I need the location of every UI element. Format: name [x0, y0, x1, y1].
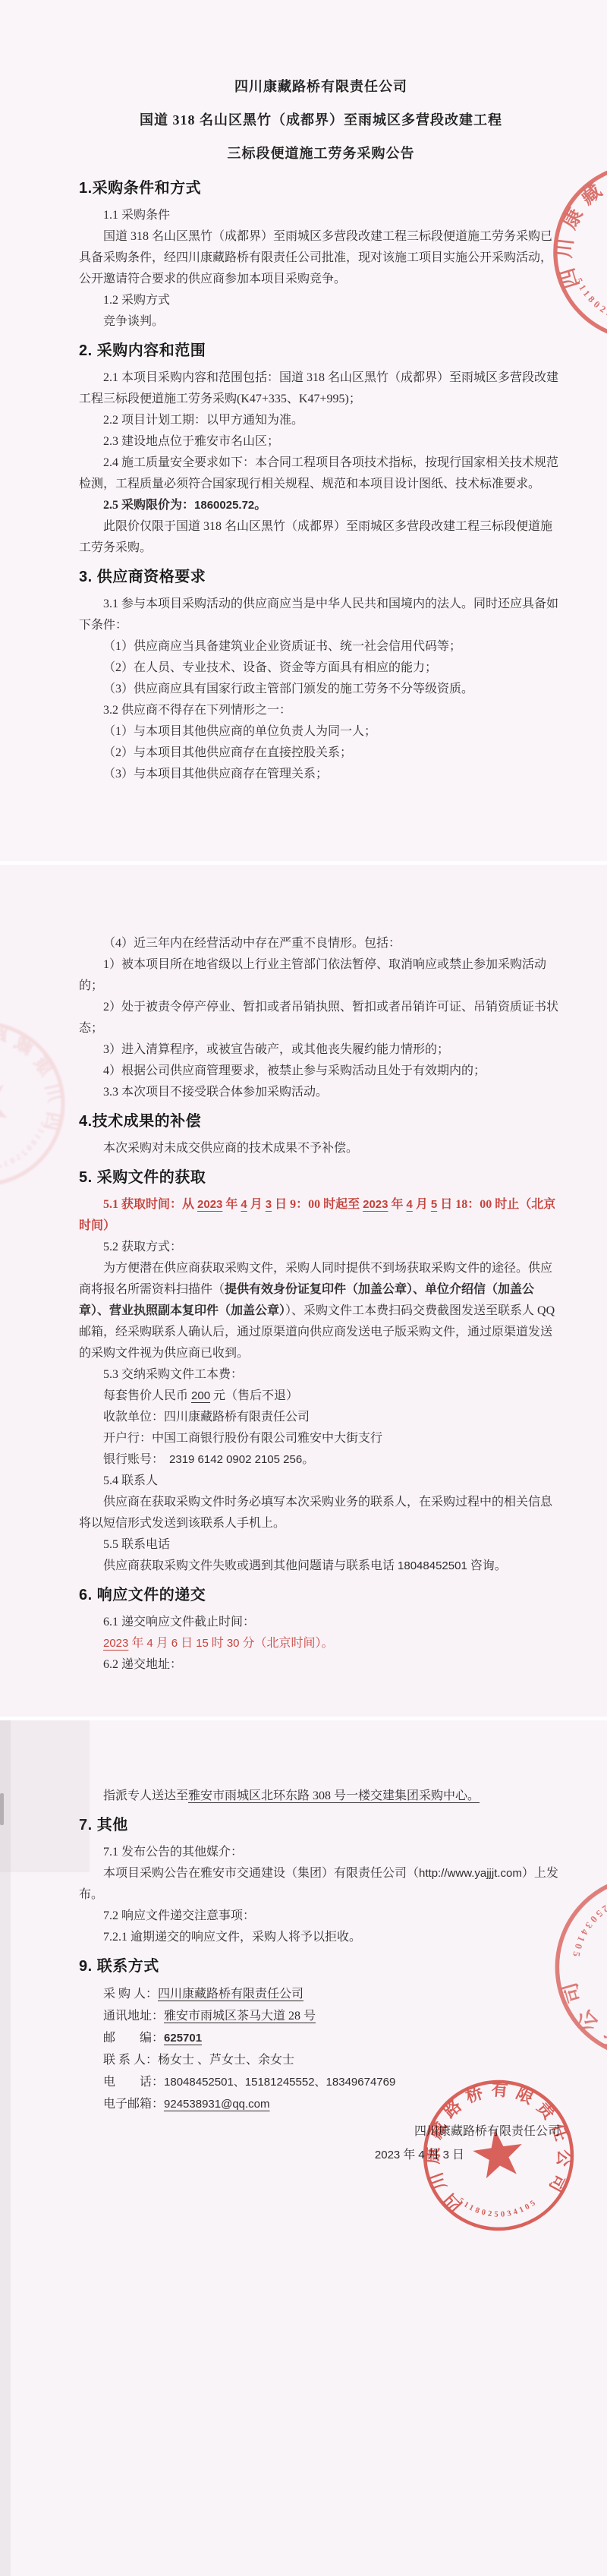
date-segment: 4	[418, 2149, 424, 2161]
clause-3-2-item: （1）与本项目其他供应商的单位负责人为同一人；	[79, 721, 563, 743]
payee-line: 收款单位：四川康藏路桥有限责任公司	[79, 1407, 563, 1428]
text-segment: 每套售价人民币	[103, 1389, 191, 1402]
bank-account-label: 银行账号：	[103, 1453, 158, 1466]
signature-date: 2023 年 4 月 3 日	[79, 2145, 563, 2166]
document-price-line: 每套售价人民币 200 元（售后不退）	[79, 1386, 563, 1407]
text-segment: 供应商获取采购文件失败或遇到其他问题请与联系电话	[103, 1559, 398, 1572]
mailing-address: 雅安市雨城区茶马大道 28 号	[164, 2010, 316, 2023]
text-segment: 本项目采购公告在雅安市交通建设（集团）有限责任公司（	[103, 1867, 419, 1880]
contact-email-address: 924538931@qq.com	[164, 2098, 270, 2111]
text-segment: 日	[178, 1637, 196, 1650]
submission-deadline-line: 2023 年 4 月 6 日 15 时 30 分（北京时间）。	[79, 1633, 563, 1654]
clause-6-1-label: 6.1 递交响应文件截止时间：	[79, 1612, 563, 1633]
price-limit-tail: 。	[254, 499, 266, 512]
bank-line: 开户行：中国工商银行股份有限公司雅安中大街支行	[79, 1428, 563, 1449]
clause-2-4-text: 2.4 施工质量安全要求如下：本合同工程项目各项技术指标，按现行国家相关技术规范…	[79, 452, 563, 495]
date-segment: 5	[431, 1198, 437, 1211]
section-4-heading: 4.技术成果的补偿	[79, 1110, 563, 1133]
clause-5-2-label: 5.2 获取方式：	[79, 1237, 563, 1258]
section-2-heading: 2. 采购内容和范围	[79, 339, 563, 362]
clause-5-2-text: 为方便潜在供应商获取采购文件，采购人同时提供不到场获取采购文件的途径。供应商将报…	[79, 1258, 563, 1364]
title-line-notice: 三标段便道施工劳务采购公告	[79, 137, 563, 170]
signature-company-name: 四川康藏路桥有限责任公司	[79, 2121, 563, 2142]
contact-address-row: 通讯地址：雅安市雨城区茶马大道 28 号	[79, 2005, 563, 2027]
scan-smudge	[0, 1793, 4, 1825]
contact-label: 电子邮箱：	[103, 2098, 164, 2111]
contact-label: 邮 编：	[103, 2032, 164, 2045]
date-segment: 6	[171, 1637, 178, 1650]
date-segment: 4	[407, 1198, 413, 1211]
section-7-heading: 7. 其他	[79, 1814, 563, 1837]
clause-3-2-text: 3.2 供应商不得存在下列情形之一：	[79, 700, 563, 721]
text-segment: 指派专人送达至	[103, 1789, 188, 1802]
clause-3-1-item: （1）供应商应当具备建筑业企业资质证书、统一社会信用代码等；	[79, 636, 563, 657]
price-limit-value: 1860025.72	[194, 499, 254, 512]
bank-account-number: 2319 6142 0902 2105 256	[158, 1453, 302, 1466]
clause-3-2-subitem: 2）处于被责令停产停业、暂扣或者吊销执照、暂扣或者吊销许可证、吊销资质证书状态；	[79, 997, 563, 1039]
contact-label: 电 话：	[103, 2076, 164, 2089]
page-1: 四川康藏路桥有限责任公司 国道 318 名山区黑竹（成都界）至雨城区多营段改建工…	[0, 0, 607, 861]
delivery-address-value: 雅安市雨城区北环东路 308 号一楼交建集团采购中心。	[188, 1789, 480, 1802]
scan-shadow	[0, 1720, 90, 1872]
text-segment: 年	[128, 1637, 146, 1650]
clause-5-4-text: 供应商在获取采购文件时务必填写本次采购业务的联系人，在采购过程中的相关信息将以短…	[79, 1492, 563, 1534]
clause-5-5-label: 5.5 联系电话	[79, 1534, 563, 1556]
section-9-heading: 9. 联系方式	[79, 1955, 563, 1978]
contact-label: 联 系 人：	[103, 2054, 158, 2067]
seal-serial-number: 5118025034105	[456, 2187, 541, 2225]
contact-postcode-row: 邮 编：625701	[79, 2027, 563, 2049]
clause-4-text: 本次采购对未成交供应商的技术成果不予补偿。	[79, 1138, 563, 1159]
contact-person-names: 杨女士 、芦女士、余女士	[158, 2054, 294, 2067]
clause-2-2-text: 2.2 项目计划工期：以甲方通知为准。	[79, 410, 563, 431]
text-segment: 月	[153, 1637, 171, 1650]
time-segment: 30	[227, 1637, 240, 1650]
text-segment: 年	[388, 1198, 407, 1211]
text-segment: 月	[425, 2149, 443, 2161]
title-line-project: 国道 318 名山区黑竹（成都界）至雨城区多营段改建工程	[79, 103, 563, 137]
clause-1-2-text: 竞争谈判。	[79, 311, 563, 333]
clause-7-1-label: 7.1 发布公告的其他媒介：	[79, 1842, 563, 1863]
date-segment: 3	[266, 1198, 272, 1211]
date-segment: 3	[443, 2149, 449, 2161]
section-1-heading: 1.采购条件和方式	[79, 177, 563, 200]
clause-1-2-label: 1.2 采购方式	[79, 290, 563, 311]
clause-3-1-item: （2）在人员、专业技术、设备、资金等方面具有相应的能力；	[79, 657, 563, 679]
date-segment: 4	[241, 1198, 247, 1211]
text-segment: 年	[222, 1198, 241, 1211]
contact-purchaser-row: 采 购 人：四川康藏路桥有限责任公司	[79, 1983, 563, 2005]
section-5-heading: 5. 采购文件的获取	[79, 1166, 563, 1189]
section-6-heading: 6. 响应文件的递交	[79, 1584, 563, 1606]
clause-2-5-price: 2.5 采购限价为：1860025.72。	[79, 495, 563, 516]
clause-1-1-label: 1.1 采购条件	[79, 205, 563, 226]
clause-5-3-label: 5.3 交纳采购文件工本费：	[79, 1364, 563, 1386]
clause-5-1-obtain-time: 5.1 获取时间：从 2023 年 4 月 3 日 9：00 时起至 2023 …	[79, 1194, 563, 1237]
clause-3-2-subitem: 3）进入清算程序，或被宣告破产，或其他丧失履约能力情形的；	[79, 1039, 563, 1061]
document-title: 四川康藏路桥有限责任公司 国道 318 名山区黑竹（成都界）至雨城区多营段改建工…	[79, 70, 563, 170]
date-segment: 2023	[197, 1198, 222, 1211]
time-segment: 15	[196, 1637, 209, 1650]
signature-block: 四川康藏路桥有限责任公司 2023 年 4 月 3 日	[79, 2121, 563, 2166]
page-3: 指派专人送达至雅安市雨城区北环东路 308 号一楼交建集团采购中心。 7. 其他…	[0, 1720, 607, 2576]
clause-5-4-label: 5.4 联系人	[79, 1471, 563, 1492]
text-segment: 咨询。	[467, 1559, 507, 1572]
scan-edge-shadow	[0, 1720, 11, 2576]
clause-5-5-text: 供应商获取采购文件失败或遇到其他问题请与联系电话 18048452501 咨询。	[79, 1556, 563, 1577]
clause-3-2-item: （3）与本项目其他供应商存在管理关系；	[79, 764, 563, 785]
date-segment: 2023	[103, 1637, 128, 1650]
contact-phone-row: 电 话：18048452501、15181245552、18349674769	[79, 2071, 563, 2093]
contact-email-row: 电子邮箱：924538931@qq.com	[79, 2093, 563, 2115]
page-2: （4）近三年内在经营活动中存在严重不良情形。包括： 1）被本项目所在地省级以上行…	[0, 865, 607, 1717]
clause-2-1-text: 2.1 本项目采购内容和范围包括：国道 318 名山区黑竹（成都界）至雨城区多营…	[79, 367, 563, 410]
delivery-address-line: 指派专人送达至雅安市雨城区北环东路 308 号一楼交建集团采购中心。	[79, 1786, 563, 1807]
clause-2-5-note: 此限价仅限于国道 318 名山区黑竹（成都界）至雨城区多营段改建工程三标段便道施…	[79, 516, 563, 559]
text-segment: 月	[247, 1198, 266, 1211]
clause-3-1-text: 3.1 参与本项目采购活动的供应商应当是中华人民共和国境内的法人。同时还应具备如…	[79, 594, 563, 636]
price-value: 200	[191, 1389, 210, 1402]
text-segment: 分（北京时间）。	[240, 1637, 334, 1650]
contact-person-row: 联 系 人：杨女士 、芦女士、余女士	[79, 2049, 563, 2071]
text-segment: 5.1 获取时间：从	[103, 1198, 197, 1211]
section-3-heading: 3. 供应商资格要求	[79, 566, 563, 588]
title-line-company: 四川康藏路桥有限责任公司	[79, 70, 563, 103]
clause-3-2-item: （2）与本项目其他供应商存在直接控股关系；	[79, 743, 563, 764]
date-segment: 4	[146, 1637, 153, 1650]
scanned-document: 四川康藏路桥有限责任公司 国道 318 名山区黑竹（成都界）至雨城区多营段改建工…	[0, 0, 607, 2576]
contact-label: 通讯地址：	[103, 2010, 164, 2023]
clause-7-2-1-text: 7.2.1 逾期递交的响应文件，采购人将予以拒收。	[79, 1927, 563, 1948]
purchaser-name: 四川康藏路桥有限责任公司	[158, 1988, 303, 2001]
text-segment: 。	[302, 1453, 314, 1466]
clause-3-3-text: 3.3 本次项目不接受联合体参加采购活动。	[79, 1082, 563, 1103]
date-segment: 2023	[375, 2149, 400, 2161]
clause-7-2-label: 7.2 响应文件递交注意事项：	[79, 1906, 563, 1927]
text-segment: 日	[449, 2149, 464, 2161]
announcement-website-url: http://www.yajjjt.com	[419, 1867, 522, 1880]
contact-label: 采 购 人：	[103, 1988, 158, 2001]
text-segment: 元（售后不退）	[210, 1389, 298, 1402]
clause-1-1-text: 国道 318 名山区黑竹（成都界）至雨城区多营段改建工程三标段便道施工劳务采购已…	[79, 226, 563, 290]
text-segment: 月	[413, 1198, 431, 1211]
text-segment: 年	[400, 2149, 418, 2161]
clause-3-2-item: （4）近三年内在经营活动中存在严重不良情形。包括：	[79, 933, 563, 954]
text-segment: 日 9：00 时起至	[272, 1198, 363, 1211]
postal-code: 625701	[164, 2032, 202, 2045]
clause-2-3-text: 2.3 建设地点位于雅安市名山区；	[79, 431, 563, 452]
date-segment: 2023	[363, 1198, 388, 1211]
text-segment: 时	[209, 1637, 227, 1650]
contact-phone-numbers: 18048452501、15181245552、18349674769	[164, 2076, 395, 2089]
hotline-phone-number: 18048452501	[398, 1559, 467, 1572]
clause-3-2-subitem: 1）被本项目所在地省级以上行业主管部门依法暂停、取消响应或禁止参加采购活动的；	[79, 954, 563, 997]
clause-3-1-item: （3）供应商应具有国家行政主管部门颁发的施工劳务不分等级资质。	[79, 679, 563, 700]
clause-7-1-text: 本项目采购公告在雅安市交通建设（集团）有限责任公司（http://www.yaj…	[79, 1863, 563, 1906]
clause-6-2-label: 6.2 递交地址：	[79, 1654, 563, 1676]
clause-3-2-subitem: 4）根据公司供应商管理要求，被禁止参与采购活动且处于有效期内的；	[79, 1061, 563, 1082]
bank-account-line: 银行账号： 2319 6142 0902 2105 256。	[79, 1449, 563, 1471]
price-limit-label: 2.5 采购限价为：	[103, 499, 194, 512]
